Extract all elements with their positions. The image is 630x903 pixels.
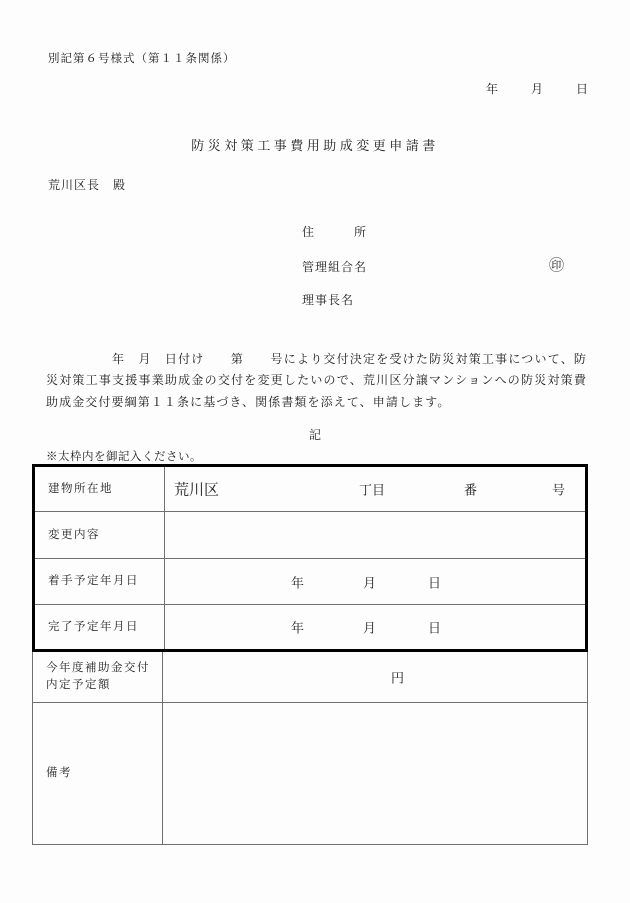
body-paragraph: 年 月 日付け 第 号により交付決定を受けた防災対策工事について、防災対策工事支… <box>46 349 587 413</box>
table-row-remarks: 備考 <box>33 702 587 844</box>
change-detail-field <box>165 512 585 558</box>
row-label: 完了予定年月日 <box>35 605 165 649</box>
year-unit: 年 <box>291 572 304 591</box>
application-form-page: 別記第６号様式（第１１条関係） 年 月 日 防災対策工事費用助成変更申請書 荒川… <box>0 0 630 903</box>
year-unit: 年 <box>291 618 304 637</box>
date-line: 年 月 日 <box>486 80 591 97</box>
row-label: 備考 <box>33 703 163 844</box>
page-title: 防災対策工事費用助成変更申請書 <box>0 135 630 154</box>
month-unit: 月 <box>363 618 376 637</box>
go-unit: 号 <box>552 480 565 499</box>
building-location-field: 荒川区 丁目 番 号 <box>165 467 585 511</box>
grant-amount-field: 円 <box>163 652 587 702</box>
main-table-thick-frame: 建物所在地 荒川区 丁目 番 号 変更内容 着手予定年月日 年 月 日 <box>32 464 588 652</box>
record-heading: 記 <box>0 426 630 443</box>
sender-chair-label: 理事長名 <box>302 291 354 308</box>
remarks-field <box>163 703 587 844</box>
table-row-start-date: 着手予定年月日 年 月 日 <box>35 558 585 604</box>
chome-unit: 丁目 <box>359 480 385 499</box>
table-row-building: 建物所在地 荒川区 丁目 番 号 <box>35 467 585 511</box>
table-row-grant-amount: 今年度補助金交付 内定予定額 円 <box>33 652 587 702</box>
city-prefix: 荒川区 <box>174 479 219 500</box>
table-row-end-date: 完了予定年月日 年 月 日 <box>35 604 585 649</box>
ban-unit: 番 <box>464 480 477 499</box>
table-row-change: 変更内容 <box>35 511 585 558</box>
day-unit: 日 <box>428 618 441 637</box>
fill-in-note: ※太枠内を御記入ください。 <box>46 448 202 464</box>
end-date-field: 年 月 日 <box>165 605 585 649</box>
main-table-lower-section: 今年度補助金交付 内定予定額 円 備考 <box>32 652 588 845</box>
addressee-line: 荒川区長 殿 <box>48 176 126 193</box>
form-number: 別記第６号様式（第１１条関係） <box>48 50 236 66</box>
sender-address-label: 住 所 <box>302 223 367 240</box>
seal-mark-icon: ㊞ <box>549 254 564 275</box>
start-date-field: 年 月 日 <box>165 559 585 604</box>
sender-org-label: 管理組合名 <box>302 258 367 275</box>
row-label: 建物所在地 <box>35 467 165 511</box>
month-unit: 月 <box>363 572 376 591</box>
yen-unit: 円 <box>391 668 404 687</box>
row-label: 着手予定年月日 <box>35 559 165 604</box>
row-label: 今年度補助金交付 内定予定額 <box>33 652 163 702</box>
day-unit: 日 <box>428 572 441 591</box>
row-label: 変更内容 <box>35 512 165 558</box>
